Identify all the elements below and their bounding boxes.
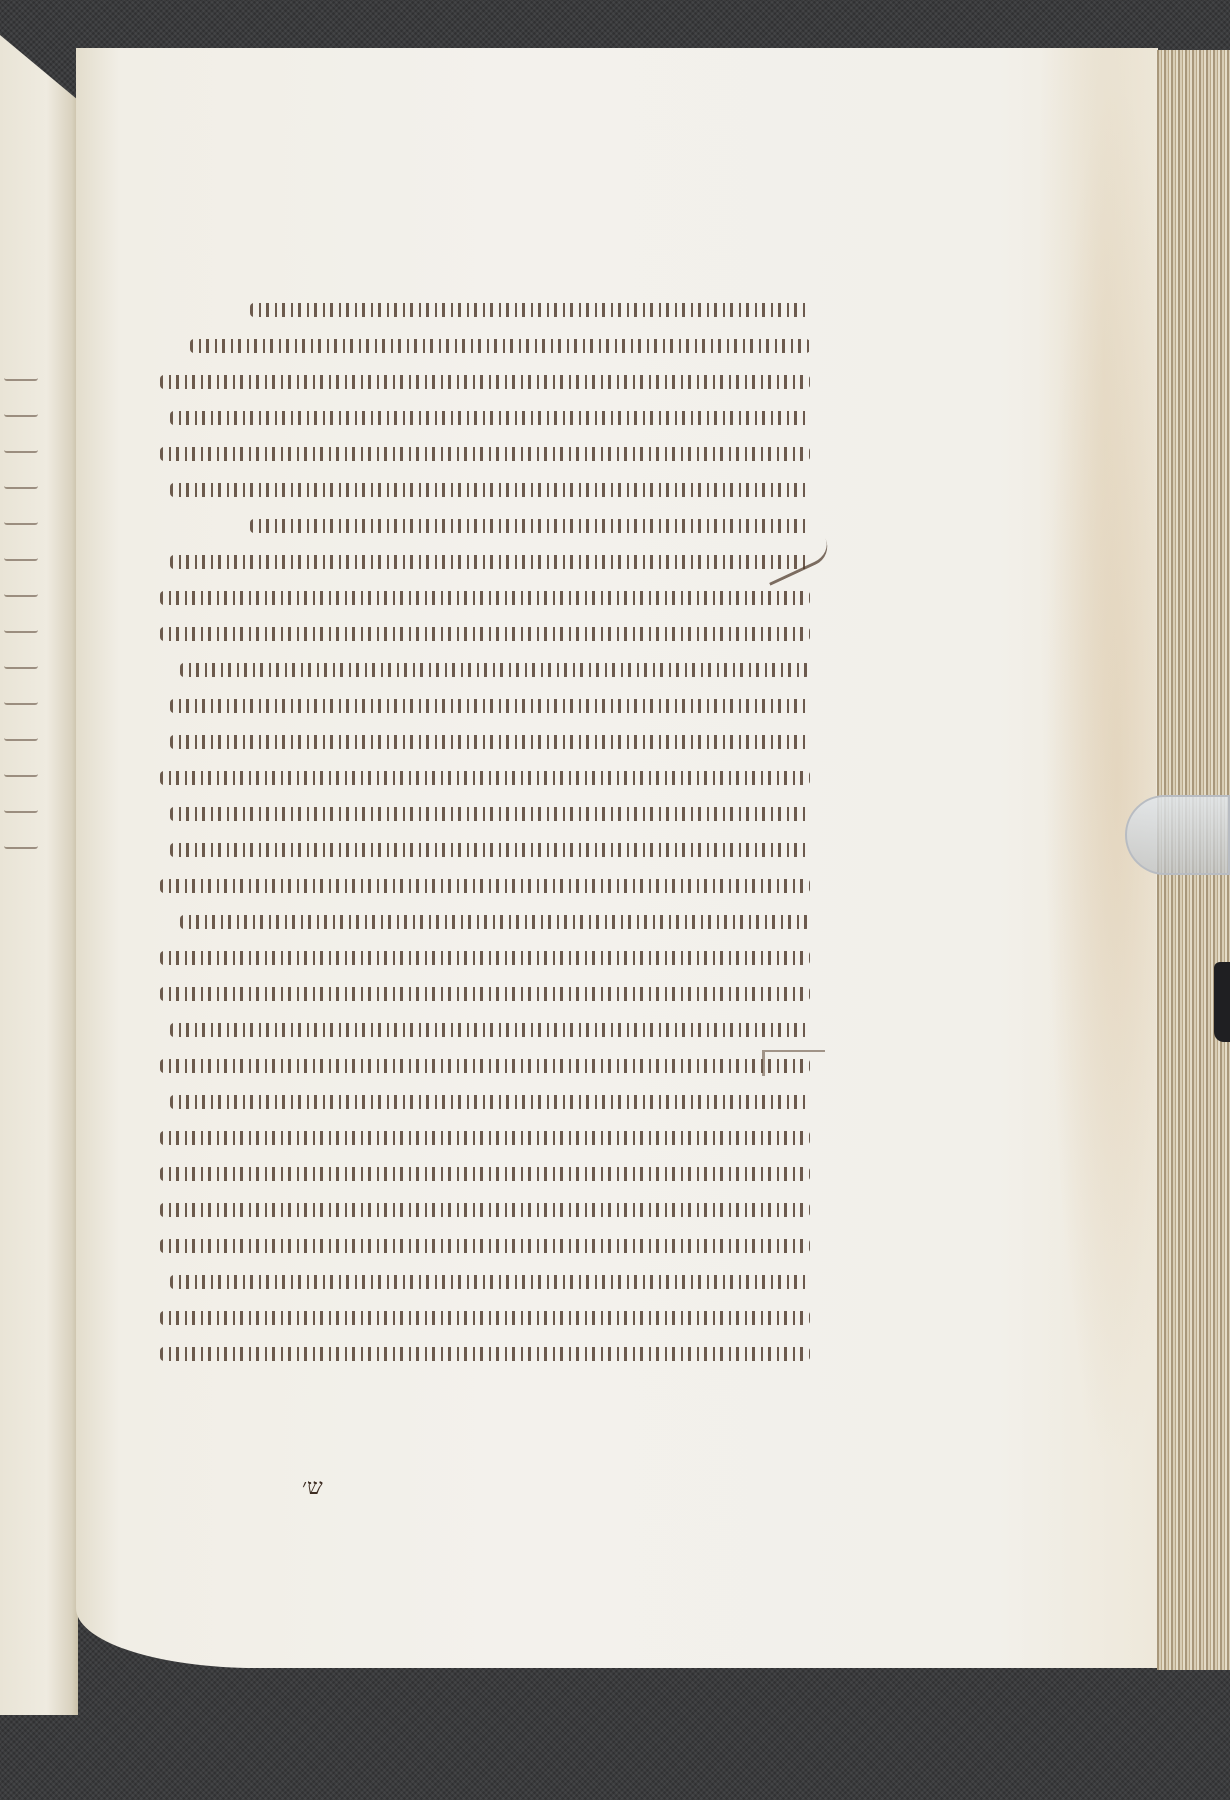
ink-stroke <box>160 1203 810 1217</box>
manuscript-line <box>150 367 810 397</box>
ink-stroke <box>170 843 810 857</box>
manuscript-line <box>150 727 810 757</box>
manuscript-line <box>150 1123 810 1153</box>
left-page-line <box>4 797 38 813</box>
left-page-line <box>4 401 38 417</box>
marginal-mark <box>762 1050 825 1076</box>
manuscript-line <box>150 979 810 1009</box>
ink-stroke <box>170 411 810 425</box>
left-page-line <box>4 725 38 741</box>
ink-stroke <box>180 915 810 929</box>
handwritten-text-block <box>150 295 810 1369</box>
manuscript-line <box>150 1267 810 1297</box>
manuscript-line <box>150 475 810 505</box>
manuscript-line <box>150 1339 810 1369</box>
manuscript-line <box>150 1015 810 1045</box>
manuscript-line <box>150 655 810 685</box>
manuscript-line <box>150 1087 810 1117</box>
manuscript-line <box>150 439 810 469</box>
left-page-text-edge <box>4 365 44 849</box>
facing-left-page <box>0 35 78 1715</box>
ink-stroke <box>170 1275 810 1289</box>
manuscript-line <box>150 403 810 433</box>
ink-stroke <box>170 735 810 749</box>
ink-stroke <box>170 555 810 569</box>
left-page-line <box>4 581 38 597</box>
ink-stroke <box>160 1059 810 1073</box>
left-page-line <box>4 365 38 381</box>
manuscript-line <box>150 583 810 613</box>
ink-stroke <box>160 447 810 461</box>
ink-stroke <box>170 1095 810 1109</box>
manuscript-line <box>150 1195 810 1225</box>
ink-stroke <box>180 663 810 677</box>
ink-stroke <box>160 1167 810 1181</box>
ink-stroke <box>250 519 810 533</box>
fore-edge-dark-mark <box>1214 962 1230 1042</box>
left-page-line <box>4 545 38 561</box>
ink-stroke <box>160 879 810 893</box>
ink-stroke <box>160 1131 810 1145</box>
catchword: ש׳ <box>302 1474 323 1500</box>
manuscript-line <box>150 943 810 973</box>
left-page-line <box>4 689 38 705</box>
manuscript-line <box>150 763 810 793</box>
left-page-line <box>4 509 38 525</box>
ink-stroke <box>160 375 810 389</box>
manuscript-line <box>150 1303 810 1333</box>
ink-stroke <box>190 339 810 353</box>
ink-stroke <box>160 1311 810 1325</box>
ink-stroke <box>170 483 810 497</box>
left-page-line <box>4 833 38 849</box>
manuscript-line <box>150 691 810 721</box>
ink-stroke <box>160 771 810 785</box>
ink-stroke <box>170 699 810 713</box>
manuscript-line <box>150 619 810 649</box>
ink-stroke <box>160 591 810 605</box>
ink-stroke <box>160 1239 810 1253</box>
manuscript-line <box>150 871 810 901</box>
manuscript-line <box>150 295 810 325</box>
manuscript-line <box>150 799 810 829</box>
manuscript-line <box>150 1051 810 1081</box>
manuscript-line <box>150 331 810 361</box>
ink-stroke <box>160 1347 810 1361</box>
manuscript-line <box>150 1159 810 1189</box>
manuscript-line <box>150 835 810 865</box>
ink-stroke <box>160 951 810 965</box>
ink-stroke <box>160 987 810 1001</box>
ink-stroke <box>170 1023 810 1037</box>
left-page-line <box>4 761 38 777</box>
manuscript-line <box>150 547 810 577</box>
ink-stroke <box>250 303 810 317</box>
manuscript-line <box>150 511 810 541</box>
left-page-line <box>4 617 38 633</box>
page-clip-icon <box>1125 795 1230 875</box>
left-page-line <box>4 653 38 669</box>
manuscript-line <box>150 1231 810 1261</box>
manuscript-line <box>150 907 810 937</box>
ink-stroke <box>160 627 810 641</box>
ink-stroke <box>170 807 810 821</box>
left-page-line <box>4 473 38 489</box>
left-page-line <box>4 437 38 453</box>
